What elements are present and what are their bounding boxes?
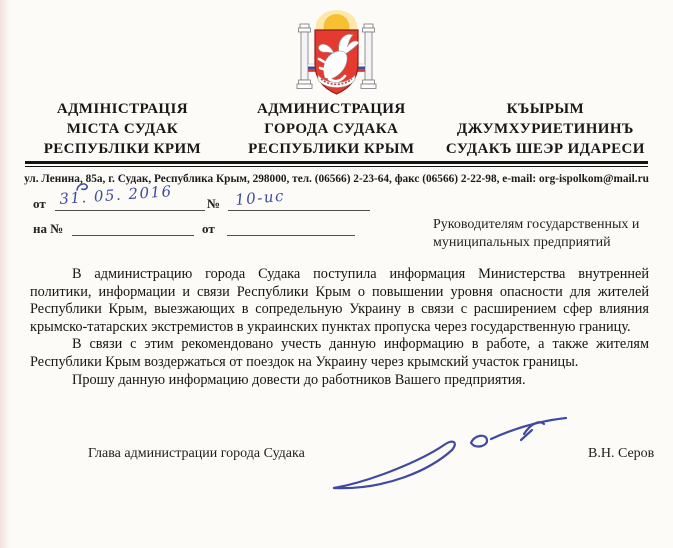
signatory-title: Глава администрации города Судака <box>88 446 305 462</box>
number-label: № <box>207 196 220 212</box>
org-name-ukrainian: АДМІНІСТРАЦІЯ МІСТА СУДАК РЕСПУБЛІКИ КРИ… <box>18 99 227 159</box>
reply-number-label: на № <box>33 221 63 237</box>
org-name-crimean-tatar: КЪЫРЫМ ДЖУМХУРИЕТИНИНЪ СУДАКЪ ШЕЭР ИДАРЕ… <box>436 99 655 159</box>
reply-number-line <box>72 218 194 236</box>
scan-edge-tint <box>0 0 10 548</box>
paragraph-3: Прошу данную информацию довести до работ… <box>30 372 649 390</box>
org-name-russian: АДМИНИСТРАЦИЯ ГОРОДА СУДАКА РЕСПУБЛИКИ К… <box>227 99 436 159</box>
signatory-name: В.Н. Серов <box>588 446 654 462</box>
date-from-label: от <box>33 196 46 212</box>
letter-body: В администрацию города Судака поступила … <box>30 266 649 389</box>
addressee: Руководителям государственных и муниципа… <box>433 216 671 252</box>
letterhead: АДМІНІСТРАЦІЯ МІСТА СУДАК РЕСПУБЛІКИ КРИ… <box>18 99 655 159</box>
handwritten-signature <box>328 410 573 498</box>
paragraph-2: В связи с этим рекомендовано учесть данн… <box>30 336 649 371</box>
crimea-coat-of-arms-icon <box>289 6 384 100</box>
reply-date-line <box>227 218 355 236</box>
paragraph-1: В администрацию города Судака поступила … <box>30 266 649 336</box>
letter-page: АДМІНІСТРАЦІЯ МІСТА СУДАК РЕСПУБЛІКИ КРИ… <box>0 0 673 548</box>
address-line: ул. Ленина, 85а, г. Судак, Республика Кр… <box>10 173 663 185</box>
reply-from-label: от <box>202 221 215 237</box>
letterhead-divider <box>25 161 648 167</box>
